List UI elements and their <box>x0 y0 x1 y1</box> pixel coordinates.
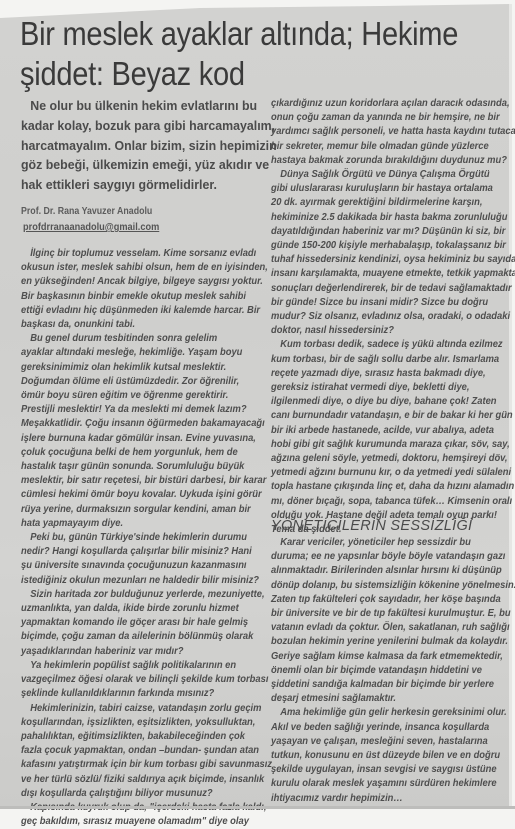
body-text-line: bir iki arbede hastanede, acilde, vur ab… <box>271 424 490 438</box>
body-text-line: çıkardığınız uzun koridorlara açılan dar… <box>271 97 490 111</box>
body-text-line: hastaya bakmak zorunda bırakıldığını duy… <box>271 154 490 168</box>
body-text-line: ömür boyu süren eğitim ve öğrenme gerekt… <box>21 389 240 403</box>
body-text-line: ayaklar altındaki mesleğe, hekimliğe. Ya… <box>21 346 240 360</box>
headline-line-1: Bir meslek ayaklar altında; Hekime <box>20 14 500 54</box>
body-text-line: ihtiyacımız vardır hepimizin… <box>271 792 490 806</box>
body-text-line: uzmanlıkta, yan dalda, ikide birde zorun… <box>21 602 240 616</box>
body-text-line: önemli olan bir biçimde vatandaşın hidde… <box>271 664 490 678</box>
body-text-line: Ama hekimliğe gün gelir herkesin gereksi… <box>271 706 490 720</box>
body-text-line: istediğiniz okulun mezunları ne haldedir… <box>21 574 240 588</box>
body-text-line: ettiği evladını hiç düşünmeden iki kalem… <box>21 304 240 318</box>
body-text-line: yaşayan ve çalışan, mesleğini seven, has… <box>271 735 490 749</box>
body-text-line: dönüp dolanıp, bu sistemsizliğin kökenin… <box>271 579 490 593</box>
section-subheading: YÖNETİCİLERİN SESSİZLİĞİ <box>271 518 472 534</box>
body-text-line: yapmaktan komando ile göçer arası bir ha… <box>21 616 240 630</box>
body-text-line: Sizin haritada zor bulduğunuz yerlerde, … <box>21 588 240 602</box>
body-text-line: Bu genel durum tesbitinden sonra gelelim <box>21 332 240 346</box>
body-text-line: koşullarından, işsizlikten, eşitsizlikte… <box>21 716 240 730</box>
body-text-line: günde 150-200 kişiyle merhabalaşıp, toka… <box>271 239 490 253</box>
body-text-line: ve her türlü sözlü/ fiziki saldırıya açı… <box>21 773 240 787</box>
body-text-line: hobi gibi git sağlık kurumunda maraza çı… <box>271 438 490 452</box>
body-text-line: bir sekreter, memur bile olmadan günde y… <box>271 140 490 154</box>
body-text-line: onun çoğu zaman da yanında ne bir hemşir… <box>271 111 490 125</box>
body-text-line: Akıl ve beden sağlığı yerinde, insanca k… <box>271 721 490 735</box>
body-text-line: Bir başkasının binbir emekle okutup mesl… <box>21 290 240 304</box>
body-text-line: bozulan hekimin yerine yenilerini bulmak… <box>271 635 490 649</box>
lead-line: göz bebeği, ülkemizin emeği, yüz akıdır … <box>21 155 240 175</box>
body-text-line: işlere burnuna kadar gömülür insan. Evin… <box>21 432 240 446</box>
body-text-line: Doğumdan ölüme eli üstümüzdedir. Zor öğr… <box>21 375 240 389</box>
body-text-line: dayatıldığından haberiniz var mı? Düşünü… <box>271 225 490 239</box>
body-text-line: bir üniversite ve bir de tıp fakültesi k… <box>271 607 490 621</box>
body-text-line: hekiminize 2.5 dakikada bir hasta bakma … <box>271 211 490 225</box>
body-text-line: kafasını yatıştırmak için bir kum torbas… <box>21 758 240 772</box>
lead-line: Ne olur bu ülkenin hekim evlatlarını bu <box>21 96 240 116</box>
body-text-line: okusun ister, meslek sahibi olsun, hem d… <box>21 261 240 275</box>
body-text-line: duruma; ee ne yapsınlar böyle böyle vata… <box>271 550 490 564</box>
article-body-right-column: çıkardığınız uzun koridorlara açılan dar… <box>271 97 509 537</box>
body-text-line: biçimde, çoğu zaman da ailelerinin bölün… <box>21 630 240 644</box>
body-text-line: vatanın evladı da çoktur. Ölen, sakatlan… <box>271 621 490 635</box>
body-text-line: şu üniversite sınavında çocuğunuzun kaza… <box>21 559 240 573</box>
body-text-line: topla hastane çıkışında linç et, daha da… <box>271 480 490 494</box>
body-text-line: Prestijli meslektir! Ya da meslekti mi d… <box>21 403 240 417</box>
body-text-line: nedir? Hangi koşullarda çalışırlar bilir… <box>21 545 240 559</box>
body-text-line: Peki bu, günün Türkiye'sinde hekimlerin … <box>21 531 240 545</box>
body-text-line: şekilde uygulayan, insan sevgisi ve sayg… <box>271 763 490 777</box>
body-text-line: ilgilenmedi diye, o diye bu diye, bahane… <box>271 395 490 409</box>
body-text-line: vazgeçilmez öğesi olarak ve bilinçli şek… <box>21 673 240 687</box>
body-text-line: meslektir, bir satır reçetesi, bir bistü… <box>21 474 240 488</box>
body-text-line: Zaten tıp fakülteleri çok sayıdadır, her… <box>271 593 490 607</box>
body-text-line: dışı koşullarda çalıştığını biliyor musu… <box>21 787 240 801</box>
body-text-line: bir günde! Sizce bu insani midir? Sizce … <box>271 296 490 310</box>
body-text-line: başkası da, onunkini tabi. <box>21 318 240 332</box>
lead-line: hak ettikleri saygıyı görmelidirler. <box>21 175 240 195</box>
body-text-line: hata yapmayayım diye. <box>21 517 240 531</box>
lead-line: harcatmayalım. Onlar bizim, sizin hepimi… <box>21 136 240 156</box>
body-text-line: hastalık taşır günün sonunda. Sorumluluğ… <box>21 460 240 474</box>
body-text-line: rüya yerine, durmaksızın sorgular kendin… <box>21 503 240 517</box>
body-text-line: Dünya Sağlık Örgütü ve Dünya Çalışma Örg… <box>271 168 490 182</box>
body-text-line: kurulu olarak meslek yaşamını sürdüren h… <box>271 777 490 791</box>
body-text-line: reçete yazmadı diye, sırasız hasta bakma… <box>271 367 490 381</box>
body-text-line: tutkun, konusunu en üst düzeyde bilen ve… <box>271 749 490 763</box>
article-body-right-column-section-2: Karar vericiler, yöneticiler hep sessizd… <box>271 536 509 806</box>
body-text-line: mudur? Siz olsanız, evladınız olsa, orad… <box>271 310 490 324</box>
body-text-line: Ya hekimlerin popülist sağlık politikala… <box>21 659 240 673</box>
article-headline: Bir meslek ayaklar altında; Hekime şidde… <box>20 14 500 94</box>
body-text-line: gereksinimimiz olan hekimlik kutsal mesl… <box>21 361 240 375</box>
body-text-line: pahalılıktan, eğitimsizlikten, bakabilec… <box>21 730 240 744</box>
body-text-line: en yükseğinden! Ancak bilgiye, bilgeye s… <box>21 275 240 289</box>
body-text-line: cümlesi hekimi ömür boyu kovalar. Uykuda… <box>21 488 240 502</box>
body-text-line: Meşakkatlidir. Çoğu insanın öğürmeden ba… <box>21 417 240 431</box>
body-text-line: gereksiz istirahat vermedi diye, beklett… <box>271 381 490 395</box>
article-body-left-column: İlginç bir toplumuz vesselam. Kime sorsa… <box>21 247 259 816</box>
author-email-link[interactable]: profdrranaanadolu@gmail.com <box>23 222 159 233</box>
body-text-line: gibi uluslararası kuruluşların bir hasta… <box>271 182 490 196</box>
body-text-line: yetmedi ağzını burnunu kır, o da yetmedi… <box>271 466 490 480</box>
clipping-bottom-edge <box>0 806 515 809</box>
body-text-line: İlginç bir toplumuz vesselam. Kime sorsa… <box>21 247 240 261</box>
body-text-line: yardımcı sağlık personeli, ve hatta hast… <box>271 125 490 139</box>
body-text-line: şiddetini sandığa kalmadan bir biçimde b… <box>271 678 490 692</box>
body-text-line: ağzına geleni söyle, yetmedi, doktoru, h… <box>271 452 490 466</box>
body-text-line: doktor, nasıl hissedersiniz? <box>271 324 490 338</box>
body-text-line: yaşadıklarından haberiniz var mıdır? <box>21 645 240 659</box>
body-text-line: fazla çocuk yapmaktan, ondan –bundan- şu… <box>21 744 240 758</box>
article-lead: Ne olur bu ülkenin hekim evlatlarını bu … <box>21 96 257 195</box>
lead-line: kadar kolay, bozuk para gibi harcamayalı… <box>21 116 240 136</box>
body-text-line: çoluk çocuğuna belki de hem yorgunluk, h… <box>21 446 240 460</box>
body-text-line: canı burnundadır vatandaşın, e bir de ba… <box>271 409 490 423</box>
body-text-line: Hekimlerinizin, tabiri caizse, vatandaşı… <box>21 702 240 716</box>
headline-line-2: şiddet: Beyaz kod <box>20 54 500 94</box>
body-text-line: Geriye sağlam kimse kalmasa da fark etme… <box>271 650 490 664</box>
body-text-line: kum torbası, bir de sağlı sollu darbe al… <box>271 353 490 367</box>
body-text-line: sonuçları değerlendirerek, bir de tedavi… <box>271 282 490 296</box>
body-text-line: deşarj etmesini sağlamaktır. <box>271 692 490 706</box>
body-text-line: alınmaktadır. Birilerinden alsınlar hırs… <box>271 564 490 578</box>
body-text-line: 20 dk. ayırmak gerektiğini bildirmelerin… <box>271 196 490 210</box>
body-text-line: Kum torbası dedik, sadece iş yükü altınd… <box>271 338 490 352</box>
author-name: Prof. Dr. Rana Yavuzer Anadolu <box>21 206 152 217</box>
body-text-line: insanı karşılamakta, muayene etmekte, te… <box>271 267 490 281</box>
body-text-line: mı, döner bıçağı, sopa, tabanca tüfek… K… <box>271 495 490 509</box>
body-text-line: Karar vericiler, yöneticiler hep sessizd… <box>271 536 490 550</box>
body-text-line: tuhaf hissedersiniz kendinizi, oysa heki… <box>271 253 490 267</box>
body-text-line: şeklinde kullanıldıklarının farkında mıs… <box>21 687 240 701</box>
